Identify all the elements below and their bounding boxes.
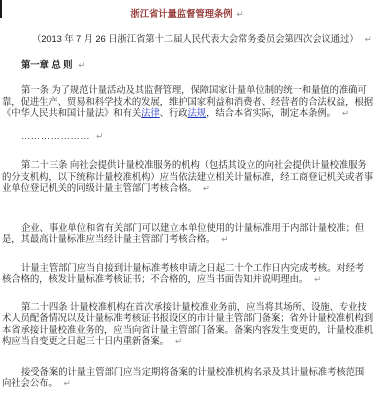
paragraph-mark-icon: ↵ bbox=[78, 60, 85, 70]
paragraph: 计量主管部门应当自接到计量标准考核申请之日起二十个工作日内完成考核。对经考核合格… bbox=[2, 262, 372, 285]
hyperlink[interactable]: 法律 bbox=[141, 107, 160, 118]
text-line: 的分支机构，以下统称计量校准机构）应当依法建立相关计量标准，经工商登记机关或者事 bbox=[2, 171, 372, 183]
paragraph: 企业、事业单位和省有关部门可以建立本单位使用的计量标准用于内部计量校准；但是，其… bbox=[2, 222, 372, 245]
hyperlink[interactable]: 法规 bbox=[188, 107, 207, 118]
text-line: 构应当自变更之日起三十日内重新备案。↵ bbox=[2, 335, 372, 347]
text-run: 向社会公布。 bbox=[2, 377, 58, 388]
document-page: 浙江省计量监督管理条例↵（2013 年 7 月 26 日浙江省第十二届人民代表大… bbox=[0, 0, 374, 400]
paragraph: 第一条 为了规范计量活动及其监督管理，保障国家计量单位制的统一和量值的准确可靠，… bbox=[2, 84, 372, 119]
text-run: 业单位登记机关的同级计量主管部门考核合格。 bbox=[2, 182, 197, 193]
paragraph: 接受备案的计量主管部门应当定期将备案的计量校准机构名录及其计量标准考核范围向社会… bbox=[2, 366, 372, 389]
paragraph: …………………↵ bbox=[2, 130, 372, 142]
text-line: …………………↵ bbox=[2, 130, 372, 142]
paragraph-mark-icon: ↵ bbox=[96, 131, 103, 141]
text-run: 是，其最高计量标准应当经计量主管部门考核合格。 bbox=[2, 233, 215, 244]
text-run: 第二十四条 计量校准机构在首次承接计量校准业务前，应当将其场所、设施、专业技 bbox=[21, 301, 367, 312]
paragraph-mark-icon: ↵ bbox=[203, 183, 210, 193]
text-line: 第一条 为了规范计量活动及其监督管理，保障国家计量单位制的统一和量值的准确可 bbox=[2, 84, 372, 96]
text-run: ，结合本省实际，制定本条例。 bbox=[206, 107, 336, 118]
text-run: 计量主管部门应当自接到计量标准考核申请之日起二十个工作日内完成考核。对经考 bbox=[21, 262, 364, 273]
text-line: 《中华人民共和国计量法》和有关法律、行政法规，结合本省实际，制定本条例。↵ bbox=[2, 107, 372, 119]
text-run: （2013 年 7 月 26 日浙江省第十二届人民代表大会常务委员会第四次会议通… bbox=[32, 33, 359, 44]
text-line: 浙江省计量监督管理条例↵ bbox=[2, 8, 372, 20]
paragraph-mark-icon: ↵ bbox=[342, 108, 349, 118]
text-run: 的分支机构，以下统称计量校准机构）应当依法建立相关计量标准，经工商登记机关或者事 bbox=[2, 171, 373, 182]
text-run: ………………… bbox=[21, 130, 90, 141]
paragraph-mark-icon: ↵ bbox=[365, 34, 372, 44]
paragraph-mark-icon: ↵ bbox=[314, 274, 321, 284]
text-run: 第二十三条 向社会提供计量校准服务的机构（包括其设立的向社会提供计量校准服务 bbox=[21, 159, 367, 170]
text-run: 接受备案的计量主管部门应当定期将备案的计量校准机构名录及其计量标准考核范围 bbox=[21, 366, 364, 377]
text-line: 接受备案的计量主管部门应当定期将备案的计量校准机构名录及其计量标准考核范围 bbox=[2, 366, 372, 378]
text-run: 、行政 bbox=[160, 107, 188, 118]
text-line: 靠，促进生产、贸易和科学技术的发展，维护国家利益和消费者、经营者的合法权益，根据 bbox=[2, 96, 372, 108]
text-run: 浙江省计量监督管理条例 bbox=[130, 8, 232, 19]
text-line: 术人员配备情况以及计量标准考核证书报设区的市计量主管部门备案；省外计量校准机构到 bbox=[2, 312, 372, 324]
paragraph: 第二十三条 向社会提供计量校准服务的机构（包括其设立的向社会提供计量校准服务的分… bbox=[2, 159, 372, 194]
text-run: 核合格的，核发计量标准考核证书；不合格的，应当书面告知并说明理由。 bbox=[2, 273, 308, 284]
paragraph: 第二十四条 计量校准机构在首次承接计量校准业务前，应当将其场所、设施、专业技术人… bbox=[2, 301, 372, 347]
text-line: 向社会公布。↵ bbox=[2, 377, 372, 389]
text-line: 是，其最高计量标准应当经计量主管部门考核合格。↵ bbox=[2, 233, 372, 245]
text-run: 《中华人民共和国计量法》和有关 bbox=[2, 107, 141, 118]
paragraph: 浙江省计量监督管理条例↵ bbox=[2, 8, 372, 20]
text-run: 靠，促进生产、贸易和科学技术的发展，维护国家利益和消费者、经营者的合法权益，根据 bbox=[2, 96, 373, 107]
text-run: 企业、事业单位和省有关部门可以建立本单位使用的计量标准用于内部计量校准；但 bbox=[21, 222, 364, 233]
text-run: 第一章 总 则 bbox=[21, 59, 72, 70]
text-line: 第二十三条 向社会提供计量校准服务的机构（包括其设立的向社会提供计量校准服务 bbox=[2, 159, 372, 171]
text-line: 业单位登记机关的同级计量主管部门考核合格。↵ bbox=[2, 182, 372, 194]
paragraph-mark-icon: ↵ bbox=[236, 9, 243, 19]
text-line: 第一章 总 则↵ bbox=[2, 59, 372, 71]
paragraph-mark-icon: ↵ bbox=[175, 336, 182, 346]
text-run: 构应当自变更之日起三十日内重新备案。 bbox=[2, 335, 169, 346]
text-run: 第一条 为了规范计量活动及其监督管理，保障国家计量单位制的统一和量值的准确可 bbox=[21, 84, 367, 95]
text-run: 本省承接计量校准业务的，应当向省计量主管部门备案。备案内容发生变更的，计量校准机 bbox=[2, 324, 373, 335]
text-line: 企业、事业单位和省有关部门可以建立本单位使用的计量标准用于内部计量校准；但 bbox=[2, 222, 372, 234]
text-line: 本省承接计量校准业务的，应当向省计量主管部门备案。备案内容发生变更的，计量校准机 bbox=[2, 324, 372, 336]
text-line: （2013 年 7 月 26 日浙江省第十二届人民代表大会常务委员会第四次会议通… bbox=[2, 33, 372, 45]
paragraph-mark-icon: ↵ bbox=[64, 378, 71, 388]
paragraph: （2013 年 7 月 26 日浙江省第十二届人民代表大会常务委员会第四次会议通… bbox=[2, 33, 372, 45]
text-run: 术人员配备情况以及计量标准考核证书报设区的市计量主管部门备案；省外计量校准机构到 bbox=[2, 312, 373, 323]
paragraph-mark-icon: ↵ bbox=[221, 234, 228, 244]
text-line: 计量主管部门应当自接到计量标准考核申请之日起二十个工作日内完成考核。对经考 bbox=[2, 262, 372, 274]
text-line: 核合格的，核发计量标准考核证书；不合格的，应当书面告知并说明理由。↵ bbox=[2, 273, 372, 285]
text-line: 第二十四条 计量校准机构在首次承接计量校准业务前，应当将其场所、设施、专业技 bbox=[2, 301, 372, 313]
paragraph: 第一章 总 则↵ bbox=[2, 59, 372, 71]
document-body: 浙江省计量监督管理条例↵（2013 年 7 月 26 日浙江省第十二届人民代表大… bbox=[0, 0, 374, 389]
